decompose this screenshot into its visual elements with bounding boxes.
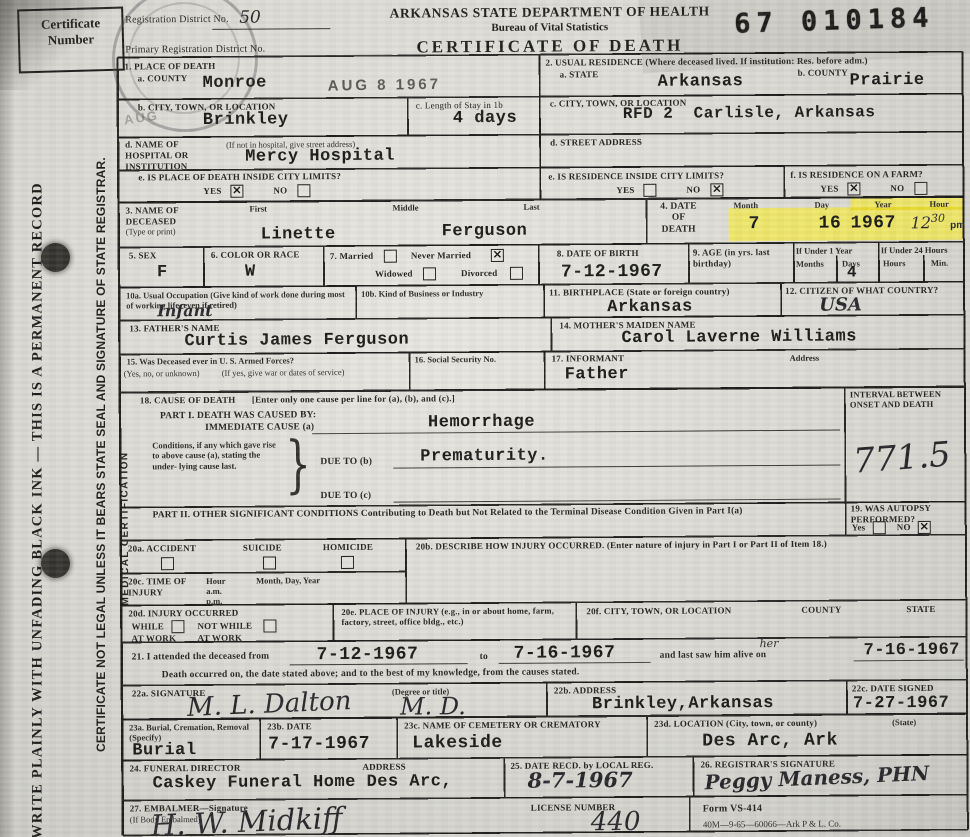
county-value: Monroe (203, 74, 267, 93)
first-name-label: First (249, 204, 267, 214)
informant-value: Father (565, 365, 629, 384)
age-label: 9. AGE (in yrs. last birthday) (693, 247, 788, 269)
checkbox-residence-citylimits-yes (643, 184, 656, 197)
conditions-note: Conditions, if any which gave rise to ab… (152, 439, 280, 471)
cause-of-death-label: 18. CAUSE OF DEATH (140, 395, 236, 406)
place-citylimits-label: e. IS PLACE OF DEATH INSIDE CITY LIMITS? (138, 171, 341, 183)
burial-date-value: 7-17-1967 (268, 734, 370, 755)
suicide-label: SUICIDE (243, 542, 282, 553)
interval-label-2: ONSET AND DEATH (850, 399, 934, 410)
due-to-b-value: Prematurity. (420, 447, 549, 467)
immediate-cause-value: Hemorrhage (428, 413, 535, 433)
injury-state-label: STATE (906, 604, 935, 615)
injury-am-label: a.m. (206, 586, 222, 596)
father-name-value: Curtis James Ferguson (184, 331, 409, 352)
checkbox-widowed (423, 267, 436, 280)
residence-county-value: Prairie (850, 71, 925, 91)
armed-forces-note2: (If yes, give war or dates of service) (222, 367, 345, 378)
sex-label: 5. SEX (129, 250, 157, 261)
part1-label: PART I. DEATH WAS CAUSED BY: (160, 410, 316, 422)
street-address-label: d. STREET ADDRESS (550, 137, 642, 148)
injury-hour-label: Hour (206, 576, 225, 586)
name-of-deceased-label: 3. NAME OF DECEASED (126, 205, 206, 227)
while-label: WHILE (131, 621, 164, 632)
date-of-birth-label: 8. DATE OF BIRTH (557, 248, 639, 259)
cause-bracket-note: [Enter only one cause per line for (a), … (252, 393, 455, 405)
cemetery-location-value: Des Arc, Ark (702, 731, 838, 752)
no-label: NO (273, 185, 287, 196)
checkbox-farm-yes: × (847, 182, 860, 195)
funeral-director-value: Caskey Funeral Home Des Arc, (152, 772, 452, 793)
sex-value: F (157, 263, 168, 282)
at-work-label: AT WORK (131, 633, 176, 644)
birthplace-value: Arkansas (607, 298, 693, 318)
burial-value: Burial (132, 741, 196, 760)
injury-occurred-label: 20d. INJURY OCCURRED (128, 608, 238, 620)
death-hour-suffix: pm (950, 220, 965, 231)
attended-from-value: 7-12-1967 (317, 644, 419, 665)
attended-to-value: 7-16-1967 (514, 643, 616, 664)
due-to-c-label: DUE TO (c) (321, 491, 372, 503)
date-received-value: 8-7-1967 (527, 767, 632, 793)
place-of-injury-label: 20e. PLACE OF INJURY (e.g., in or about … (341, 605, 566, 627)
registration-district-value: 50 (239, 8, 261, 28)
hospital-label: d. NAME OF HOSPITAL OR INSTITUTION (125, 139, 217, 172)
primary-district-label: Primary Registration District No. (125, 44, 265, 57)
age-days-value: 4 (847, 263, 857, 281)
cemetery-value: Lakeside (412, 733, 503, 754)
death-hour-sup: 30 (931, 212, 945, 225)
farm-label: f. IS RESIDENCE ON A FARM? (790, 169, 960, 181)
time-of-injury-label: 20c. TIME OF INJURY (128, 576, 198, 598)
death-month-value: 7 (749, 214, 760, 234)
autopsy-no-label: NO (897, 522, 911, 533)
hours-label: Hours (883, 258, 906, 268)
informant-label: 17. INFORMANT (552, 353, 625, 364)
citizen-value: USA (819, 294, 862, 315)
yes-label: YES (203, 186, 221, 197)
business-label: 10b. Kind of Business or Industry (361, 288, 536, 299)
checkbox-residence-citylimits-no: × (710, 183, 723, 196)
armed-forces-label: 15. Was Deceased ever in U. S. Armed For… (127, 355, 407, 367)
death-hour-value: 1230 pm (911, 212, 966, 233)
homicide-label: HOMICIDE (323, 542, 373, 553)
city-value: Brinkley (203, 110, 289, 130)
her-annotation: her (760, 637, 779, 650)
conditions-brace (285, 433, 311, 495)
form-number: Form VS-414 (703, 803, 763, 815)
stay-value: 4 days (453, 109, 517, 128)
received-date-stamp: AUG 8 1967 (328, 76, 442, 95)
citizen-label: 12. CITIZEN OF WHAT COUNTRY? (785, 285, 960, 297)
last-saw-value: 7-16-1967 (864, 641, 960, 661)
checkbox-homicide (341, 556, 354, 569)
checkbox-accident (161, 557, 174, 570)
residence-state-label: a. STATE (560, 69, 599, 80)
cemetery-state-label: (State) (892, 717, 916, 727)
at-work-label-2: AT WORK (197, 633, 242, 644)
death-certificate-scan: Certificate Number WRITE PLAINLY WITH UN… (0, 0, 970, 837)
funeral-director-label: 24. FUNERAL DIRECTOR (129, 763, 240, 775)
min-label: Min. (931, 258, 948, 268)
first-name-value: Linette (261, 225, 336, 245)
residence-citylimits-no-label: NO (686, 184, 700, 195)
day-label: Day (814, 200, 829, 210)
mother-name-value: Carol Laverne Williams (621, 327, 857, 348)
autopsy-yes-label: Yes (852, 522, 866, 533)
last-name-label: Last (523, 202, 539, 212)
registration-district-label: Registration District No. (125, 14, 229, 27)
date-of-death-label: 4. DATE OF DEATH (654, 201, 702, 236)
attended-to-label: to (480, 652, 488, 663)
print-code: 40M—9-65—60066—Ark P & L. Co. (703, 819, 841, 831)
farm-yes-label: YES (820, 184, 838, 195)
attended-label: 21. I attended the deceased from (132, 652, 270, 664)
residence-citylimits-yes-label: YES (616, 185, 634, 196)
checkbox-suicide (263, 556, 276, 569)
last-name-value: Ferguson (442, 222, 528, 242)
date-of-birth-value: 7-12-1967 (561, 262, 663, 283)
informant-address-label: Address (790, 353, 820, 363)
checkbox-never-married: × (491, 249, 504, 262)
date-signed-value: 7-27-1967 (853, 694, 949, 714)
type-or-print-note: (Type or print) (126, 226, 176, 237)
burial-date-label: 23b. DATE (267, 721, 312, 732)
year-label: Year (874, 199, 891, 209)
checkbox-autopsy-no: × (918, 521, 931, 534)
middle-name-label: Middle (392, 202, 418, 212)
checkbox-place-citylimits-yes: × (230, 185, 243, 198)
birthplace-label: 11. BIRTHPLACE (State or foreign country… (549, 286, 779, 298)
county-label: a. COUNTY (138, 73, 188, 84)
signer-address-value: Brinkley,Arkansas (592, 694, 774, 714)
residence-citylimits-label: e. IS RESIDENCE INSIDE CITY LIMITS? (548, 170, 724, 182)
checkbox-while-at-work (171, 620, 184, 633)
medical-certification-label: MEDICAL CERTIFICATION (117, 392, 134, 664)
injury-mdy-label: Month, Day, Year (256, 575, 320, 586)
farm-no-label: NO (890, 183, 904, 194)
certificate-number-stamp: 67 010184 (734, 2, 935, 39)
death-hour-base: 12 (911, 213, 931, 232)
months-label: Months (796, 259, 824, 269)
certificate-form: Registration District No. 50 Primary Reg… (0, 0, 970, 837)
checkbox-not-while-at-work (263, 619, 276, 632)
bureau-title: Bureau of Vital Statistics (327, 20, 772, 35)
checkbox-place-citylimits-no (297, 184, 310, 197)
due-to-b-label: DUE TO (b) (320, 457, 372, 469)
under-1-year-label: If Under 1 Year (796, 245, 876, 256)
residence-city-value: RFD 2 Carlisle, Arkansas (623, 103, 876, 123)
certificate-title: CERTIFICATE OF DEATH (327, 35, 772, 58)
cause-code-value: 771.5 (852, 434, 952, 481)
place-of-death-label: 1. PLACE OF DEATH (124, 61, 215, 72)
residence-state-value: Arkansas (658, 72, 744, 92)
race-value: W (245, 263, 256, 282)
injury-pm-label: p.m. (206, 596, 222, 606)
never-married-label: Never Married (411, 250, 471, 261)
checkbox-divorced (510, 267, 523, 280)
not-while-label: NOT WHILE (197, 621, 252, 632)
license-number-value: 440 (591, 807, 641, 837)
death-day-value: 16 (819, 214, 842, 234)
widowed-label: Widowed (375, 269, 413, 280)
degree-value: M. D. (400, 692, 466, 720)
hospital-value: Mercy Hospital (245, 147, 395, 167)
accident-label: 20a. ACCIDENT (128, 543, 196, 554)
checkbox-autopsy-yes (873, 521, 886, 534)
month-label: Month (733, 200, 758, 210)
cemetery-location-label: 23d. LOCATION (City, town, or county) (654, 718, 817, 730)
ssn-label: 16. Social Security No. (415, 354, 535, 365)
divorced-label: Divorced (461, 268, 498, 279)
burial-label: 23a. Burial, Cremation, Removal (Specify… (129, 722, 251, 743)
armed-forces-note1: (Yes, no, or unknown) (124, 368, 200, 379)
date-signed-label: 22c. DATE SIGNED (852, 683, 934, 694)
injury-county-label: COUNTY (801, 605, 841, 616)
married-label: 7. Married (330, 251, 374, 262)
checkbox-farm-no (914, 182, 927, 195)
residence-county-label: b. COUNTY (798, 67, 848, 78)
funeral-address-label: ADDRESS (362, 762, 405, 773)
hour-label: Hour (929, 199, 948, 209)
cemetery-label: 23c. NAME OF CEMETERY OR CREMATORY (404, 719, 644, 731)
under-24-hours-label: If Under 24 Hours (881, 245, 963, 256)
death-year-value: 1967 (851, 213, 896, 233)
occupation-value: Infant (157, 301, 213, 320)
department-title: ARKANSAS STATE DEPARTMENT OF HEALTH (327, 3, 772, 22)
last-saw-label: and last saw him alive on (660, 650, 767, 662)
checkbox-married (384, 250, 397, 263)
race-label: 6. COLOR OR RACE (211, 249, 300, 260)
injury-city-label: 20f. CITY, TOWN, OR LOCATION (586, 605, 731, 617)
